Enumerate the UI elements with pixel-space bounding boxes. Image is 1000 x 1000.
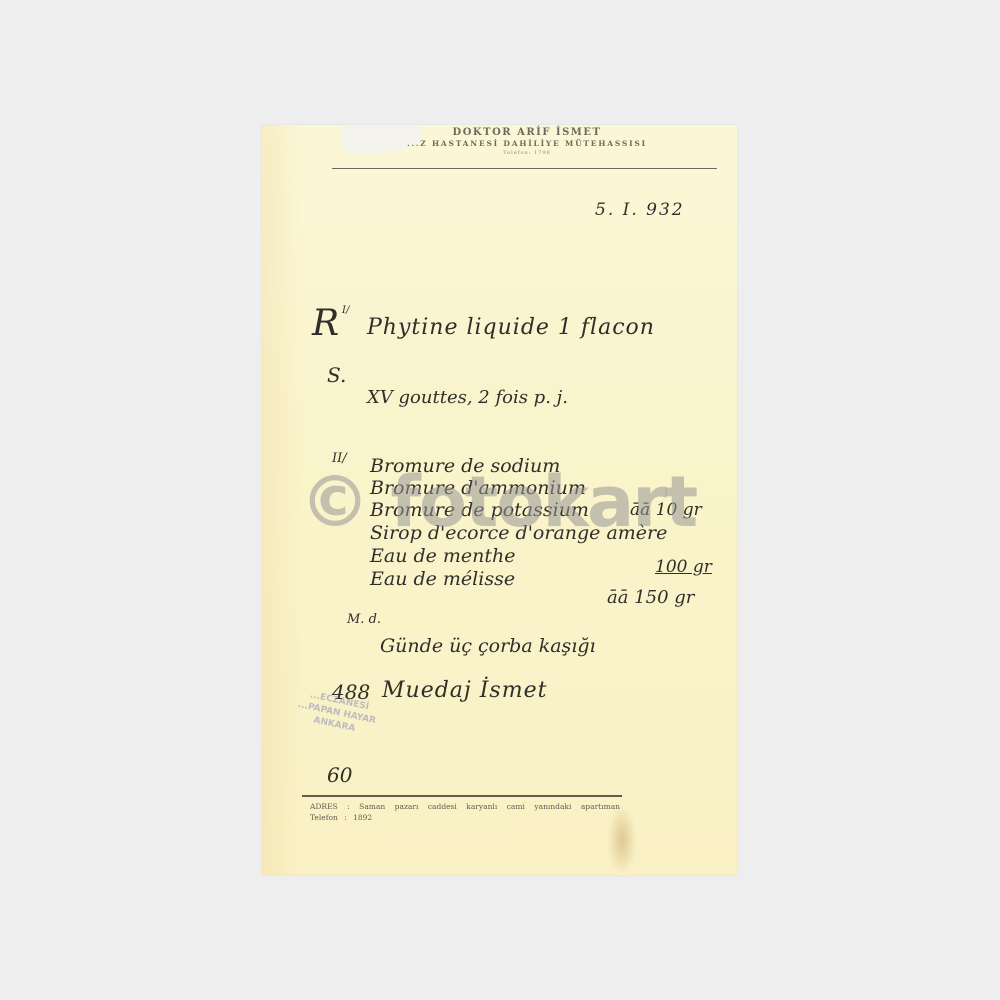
letterhead-phone: Telefon: 1796 <box>332 150 722 156</box>
quantity-3: āā 150 gr <box>607 587 694 608</box>
md-mark: M. d. <box>347 612 381 627</box>
number-bottom: 60 <box>327 763 352 787</box>
instructions: Günde üç çorba kaşığı <box>380 635 596 657</box>
recipe-mark: R <box>312 303 339 344</box>
date: 5. I. 932 <box>595 200 685 220</box>
doctor-name: DOKTOR ARİF İSMET <box>332 127 722 138</box>
prescription-1-number: I/ <box>342 305 349 316</box>
prescription-1-dosage: XV gouttes, 2 fois p. j. <box>367 387 568 408</box>
quantity-2: 100 gr <box>655 557 712 577</box>
letterhead-rule <box>332 168 717 169</box>
ingredient: Eau de menthe <box>370 545 516 567</box>
signature: Muedaj İsmet <box>382 678 547 703</box>
copyright-watermark: © fotokart <box>300 466 696 538</box>
letterhead: DOKTOR ARİF İSMET ...Z HASTANESİ DAHİLİY… <box>332 125 722 156</box>
ingredient: Eau de mélisse <box>370 568 515 590</box>
signa-mark: S. <box>327 363 346 387</box>
prescription-1-item: Phytine liquide 1 flacon <box>367 315 655 340</box>
footer-rule <box>302 795 622 797</box>
address: ADRES : Saman pazarı caddesi karyanlı ca… <box>310 801 620 823</box>
doctor-title: ...Z HASTANESİ DAHİLİYE MÜTEHASSISI <box>332 139 722 148</box>
